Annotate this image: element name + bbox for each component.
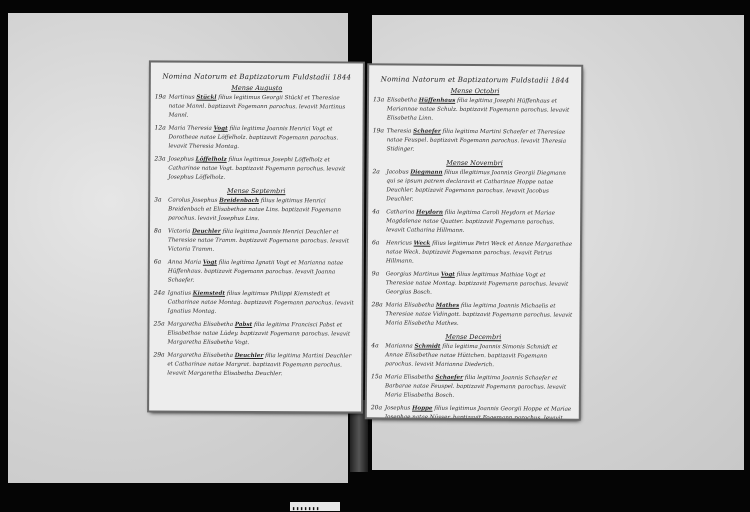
entry-surname: Schmidt bbox=[414, 344, 440, 350]
entry-day: 2a bbox=[372, 168, 386, 204]
entry-day: 19a bbox=[373, 127, 387, 154]
entry-text: Josephus Hoppe filius legitimus Joannis … bbox=[385, 404, 573, 418]
register-entry: 29aMargaretha Elisabetha Deuchler filia … bbox=[149, 351, 361, 379]
register-entry: 6aHenricus Weck filius legitimus Petri W… bbox=[368, 239, 580, 267]
entry-text: Maria Elisabetha Mathes filia legitima J… bbox=[385, 301, 573, 329]
entry-day: 28a bbox=[371, 301, 385, 328]
entry-text: Henricus Weck filius legitimus Petri Wec… bbox=[386, 239, 574, 267]
register-entry: 2aJacobus Diegmann filius illegitimus Jo… bbox=[368, 168, 580, 205]
entry-surname: Heydorn bbox=[416, 210, 443, 216]
entry-day: 3a bbox=[154, 196, 168, 223]
entry-text: Ignatius Kiemstedt filius legitimus Phil… bbox=[168, 290, 356, 318]
entry-text: Josephus Löffelholz filius legitimus Jos… bbox=[168, 156, 356, 184]
register-entry: 19aTheresia Schaefer filia legitima Mart… bbox=[369, 127, 581, 155]
entry-text: Georgius Martinus Vogt filius legitimus … bbox=[386, 270, 574, 298]
entry-text: Marianna Schmidt filia legitima Joannis … bbox=[385, 342, 573, 370]
entry-surname: Pabst bbox=[235, 322, 252, 328]
register-entry: 8aVictoria Deuchler filia legitima Joann… bbox=[150, 227, 362, 255]
entry-text: Jacobus Diegmann filius illegitimus Joan… bbox=[386, 168, 574, 205]
entry-text: Margaretha Elisabetha Deuchler filia leg… bbox=[167, 352, 355, 380]
entry-surname: Kiemstedt bbox=[193, 291, 225, 297]
entry-day: 15a bbox=[371, 373, 385, 400]
entry-surname: Hüffenhaus bbox=[419, 98, 456, 104]
entry-text: Maria Elisabetha Schaefer filia legitima… bbox=[385, 373, 573, 401]
page-title: Nomina Natorum et Baptizatorum Fuldstadi… bbox=[151, 72, 363, 81]
entry-surname: Breidenbach bbox=[219, 198, 259, 204]
register-entry: 25aMargaretha Elisabetha Pabst filia leg… bbox=[149, 320, 361, 348]
entry-day: 4a bbox=[371, 342, 385, 369]
register-entry: 4aMarianna Schmidt filia legitima Joanni… bbox=[367, 342, 579, 370]
register-entry: 28aMaria Elisabetha Mathes filia legitim… bbox=[367, 301, 579, 329]
register-entry: 12aMaria Theresia Vogt filia legitima Jo… bbox=[150, 124, 362, 152]
entry-day: 23a bbox=[154, 155, 168, 182]
register-page-right: Nomina Natorum et Baptizatorum Fuldstadi… bbox=[367, 65, 581, 418]
entry-text: Elisabetha Hüffenhaus filia legitima Jos… bbox=[387, 96, 575, 124]
register-entry: 24aIgnatius Kiemstedt filius legitimus P… bbox=[150, 289, 362, 317]
register-entry: 3aCarolus Josephus Breidenbach filius le… bbox=[150, 196, 362, 224]
entry-surname: Schaefer bbox=[413, 129, 441, 135]
entry-text: Theresia Schaefer filia legitima Martini… bbox=[387, 127, 575, 155]
entry-text: Margaretha Elisabetha Pabst filia legiti… bbox=[167, 321, 355, 349]
entry-surname: Weck bbox=[414, 241, 431, 247]
page-title: Nomina Natorum et Baptizatorum Fuldstadi… bbox=[369, 75, 581, 84]
register-entry: 20aJosephus Hoppe filius legitimus Joann… bbox=[367, 404, 579, 418]
entry-day: 9a bbox=[372, 270, 386, 297]
register-entry: 6aAnna Maria Vogt filia legitima Ignatii… bbox=[150, 258, 362, 286]
entry-day: 6a bbox=[154, 258, 168, 285]
entry-surname: Schaefer bbox=[435, 375, 463, 381]
month-heading: Mense Augusto bbox=[151, 83, 363, 92]
entry-surname: Mathes bbox=[436, 303, 459, 309]
register-entry: 15aMaria Elisabetha Schaefer filia legit… bbox=[367, 373, 579, 401]
entries-left: Mense Augusto19aMartinus Stückl filius l… bbox=[149, 83, 363, 379]
entry-day: 25a bbox=[153, 320, 167, 347]
entry-text: Maria Theresia Vogt filia legitima Joann… bbox=[168, 125, 356, 153]
entry-text: Victoria Deuchler filia legitima Joannis… bbox=[168, 228, 356, 256]
entry-surname: Deuchler bbox=[192, 229, 221, 235]
microfilm-label-marks: ▮▮▮▮▮▮▮ bbox=[292, 506, 320, 512]
register-entry: 19aMartinus Stückl filius legitimus Geor… bbox=[151, 93, 363, 121]
entry-day: 19a bbox=[155, 93, 169, 120]
entries-right: Mense Octobri13aElisabetha Hüffenhaus fi… bbox=[367, 86, 581, 418]
entry-surname: Hoppe bbox=[412, 406, 432, 412]
entry-text: Catharina Heydorn filia legitima Caroli … bbox=[386, 208, 574, 236]
entry-day: 20a bbox=[371, 404, 385, 418]
month-heading: Mense Octobri bbox=[369, 86, 581, 95]
entry-text: Carolus Josephus Breidenbach filius legi… bbox=[168, 197, 356, 225]
entry-surname: Löffelholz bbox=[196, 157, 227, 163]
entry-surname: Vogt bbox=[203, 260, 217, 266]
entry-day: 29a bbox=[153, 351, 167, 378]
entry-text: Martinus Stückl filius legitimus Georgii… bbox=[169, 94, 357, 122]
entry-surname: Vogt bbox=[214, 126, 228, 132]
register-entry: 13aElisabetha Hüffenhaus filia legitima … bbox=[369, 96, 581, 124]
register-entry: 9aGeorgius Martinus Vogt filius legitimu… bbox=[368, 270, 580, 298]
month-heading: Mense Novembri bbox=[369, 158, 581, 167]
entry-day: 12a bbox=[154, 124, 168, 151]
register-entry: 4aCatharina Heydorn filia legitima Carol… bbox=[368, 208, 580, 236]
entry-text: Anna Maria Vogt filia legitima Ignatii V… bbox=[168, 259, 356, 287]
entry-surname: Deuchler bbox=[235, 353, 264, 359]
entry-day: 8a bbox=[154, 227, 168, 254]
entry-day: 6a bbox=[372, 239, 386, 266]
entry-day: 13a bbox=[373, 96, 387, 123]
entry-surname: Vogt bbox=[441, 272, 455, 278]
month-heading: Mense Decembri bbox=[367, 332, 579, 341]
entry-surname: Diegmann bbox=[410, 170, 442, 176]
entry-day: 24a bbox=[154, 289, 168, 316]
month-heading: Mense Septembri bbox=[150, 186, 362, 195]
entry-day: 4a bbox=[372, 208, 386, 235]
entry-surname: Stückl bbox=[196, 95, 216, 101]
register-entry: 23aJosephus Löffelholz filius legitimus … bbox=[150, 155, 362, 183]
register-page-left: Nomina Natorum et Baptizatorum Fuldstadi… bbox=[149, 62, 363, 411]
